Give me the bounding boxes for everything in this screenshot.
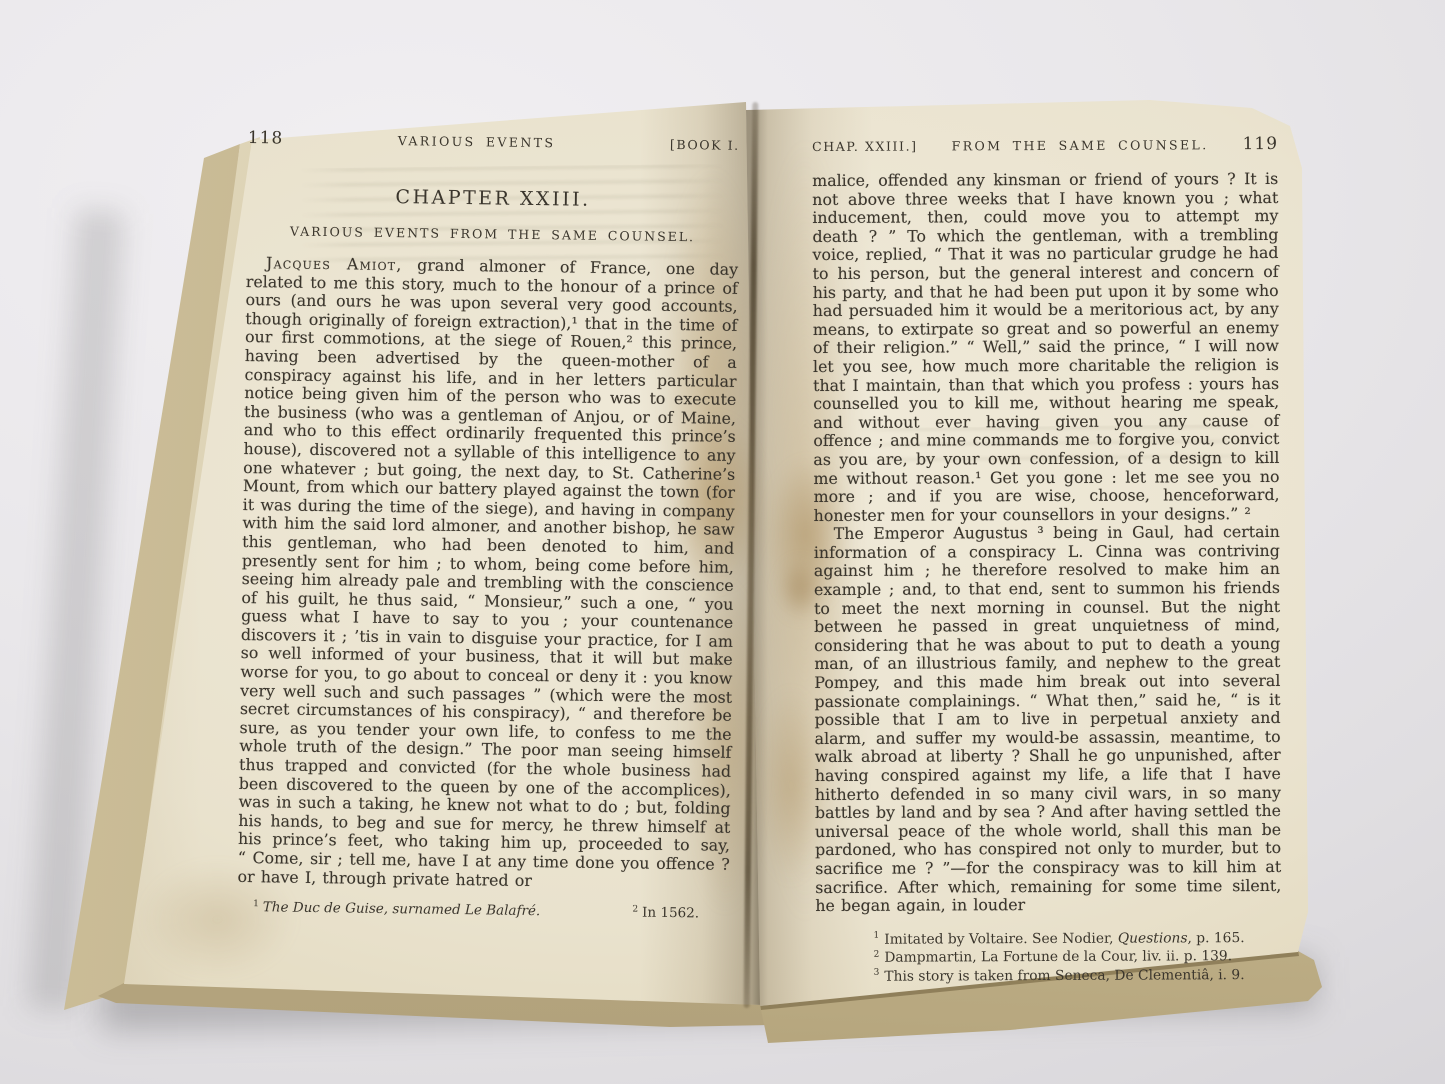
page-number: 119 [1243,134,1279,154]
footnote: 1Imitated by Voltaire. See Nodier, Quest… [873,929,1281,949]
footnote-marker: 1 [873,931,879,941]
chapter-title: CHAPTER XXIII. [247,184,739,213]
page-header: 118 VARIOUS EVENTS [BOOK I. [248,128,740,155]
body-paragraph: Jacques Amiot, grand almoner of France, … [237,254,738,893]
paragraph-text: grand almoner of France, one day related… [237,255,738,889]
chapter-reference: CHAP. XXIII.] [812,139,918,154]
footnote: 3This story is taken from Seneca, De Cle… [874,966,1282,986]
chapter-subtitle: VARIOUS EVENTS FROM THE SAME COUNSEL. [246,223,738,245]
footnote: 1The Duc de Guise, surnamed Le Balafré. [253,899,540,919]
footnote-text: , p. 165. [1187,930,1244,946]
footnote-text: This story is taken from Seneca, De Clem… [884,967,1244,985]
book-shadow [28,209,125,1010]
footnote: 2Dampmartin, La Fortune de la Cour, liv.… [874,947,1282,967]
footnote-marker: 1 [253,899,259,909]
footnote-marker: 3 [874,968,880,978]
footnotes: 1The Duc de Guise, surnamed Le Balafré. … [237,899,729,922]
body-paragraph: malice, offended any kinsman or friend o… [812,170,1280,525]
footnote-text: Questions [1118,930,1188,946]
footnote-marker: 2 [874,949,880,959]
body-paragraph: The Emperor Augustus ³ being in Gaul, ha… [814,523,1282,915]
running-header: VARIOUS EVENTS [283,131,670,151]
page-header: CHAP. XXIII.] FROM THE SAME COUNSEL. 119 [812,134,1278,156]
page-number: 118 [248,128,284,148]
footnote-text: Imitated by Voltaire. See Nodier, [884,930,1118,947]
book-reference: [BOOK I. [670,137,740,153]
book-photo: 118 VARIOUS EVENTS [BOOK I. CHAPTER XXII… [0,0,1445,1084]
footnote-marker: 2 [632,904,638,914]
footnotes: 1Imitated by Voltaire. See Nodier, Quest… [815,929,1281,987]
page-left-content: 118 VARIOUS EVENTS [BOOK I. CHAPTER XXII… [237,128,740,922]
paragraph-lead: Jacques Amiot, [266,253,403,274]
gutter-crease [744,102,759,1008]
footnote: 2In 1562. [632,905,699,922]
footnote-text: Dampmartin, La Fortune de la Cour, liv. … [884,949,1232,967]
running-header: FROM THE SAME COUNSEL. [918,137,1243,153]
footnote-text: The Duc de Guise, surnamed Le Balafré. [263,899,541,919]
footnote-text: In 1562. [642,905,699,922]
page-right-content: CHAP. XXIII.] FROM THE SAME COUNSEL. 119… [812,134,1282,987]
body-text: malice, offended any kinsman or friend o… [812,170,1281,916]
